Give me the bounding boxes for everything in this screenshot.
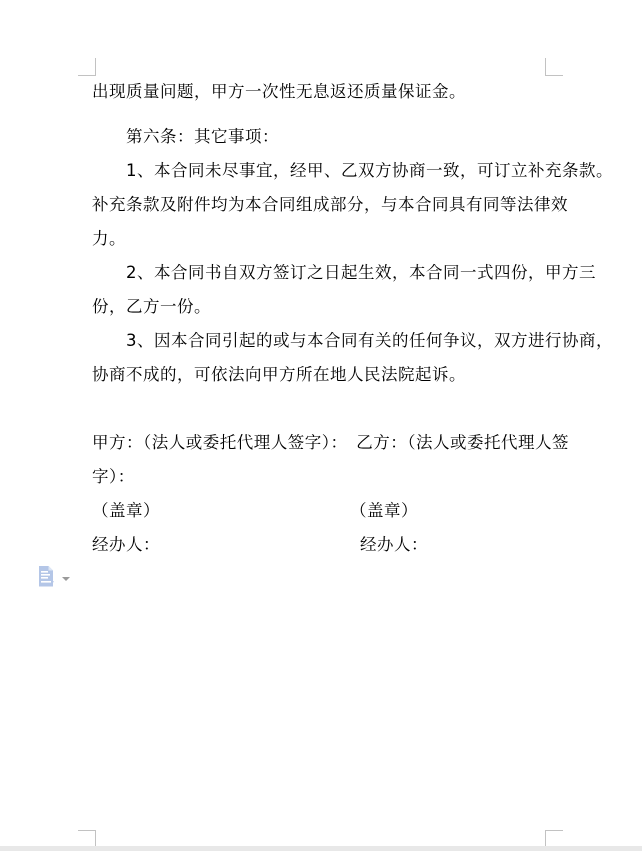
doc-line-clause3-a: 3、因本合同引起的或与本合同有关的任何争议，双方进行协商，: [92, 324, 554, 358]
page-bottom-edge: [0, 846, 642, 851]
doc-line-clause1-a: 1、本合同未尽事宜，经甲、乙双方协商一致，可订立补充条款。: [92, 154, 554, 188]
doc-line-clause2-a: 2、本合同书自双方签订之日起生效，本合同一式四份，甲方三: [92, 256, 554, 290]
crop-mark-top-left: [78, 58, 96, 76]
blank-line: [92, 392, 554, 426]
seal-row: （盖章） （盖章）: [92, 494, 554, 528]
party-b-seal-label: （盖章）: [350, 494, 418, 528]
doc-line-clause2-b: 份，乙方一份。: [92, 290, 554, 324]
document-icon: [38, 565, 56, 589]
crop-mark-top-right: [545, 58, 563, 76]
doc-line-signature-wrap: 字）：: [92, 460, 554, 494]
party-a-handler-label: 经办人：: [92, 535, 160, 554]
party-b-handler-label: 经办人：: [360, 528, 428, 562]
doc-line-parties-signature: 甲方：（法人或委托代理人签字）： 乙方：（法人或委托代理人签: [92, 426, 554, 460]
doc-line-clause3-b: 协商不成的，可依法向甲方所在地人民法院起诉。: [92, 358, 554, 392]
doc-line-article6-heading: 第六条：其它事项：: [92, 120, 554, 154]
party-a-seal-label: （盖章）: [92, 501, 160, 520]
handler-row: 经办人： 经办人：: [92, 528, 554, 562]
smart-tag-button[interactable]: [38, 565, 70, 589]
doc-line-clause1-b: 补充条款及附件均为本合同组成部分，与本合同具有同等法律效: [92, 188, 554, 222]
doc-line-continuation: 出现质量问题，甲方一次性无息返还质量保证金。: [92, 75, 554, 109]
doc-line-clause1-c: 力。: [92, 222, 554, 256]
chevron-down-icon: [62, 577, 70, 581]
document-text-block: 出现质量问题，甲方一次性无息返还质量保证金。 第六条：其它事项： 1、本合同未尽…: [92, 75, 554, 562]
word-document-page: 出现质量问题，甲方一次性无息返还质量保证金。 第六条：其它事项： 1、本合同未尽…: [0, 0, 642, 851]
